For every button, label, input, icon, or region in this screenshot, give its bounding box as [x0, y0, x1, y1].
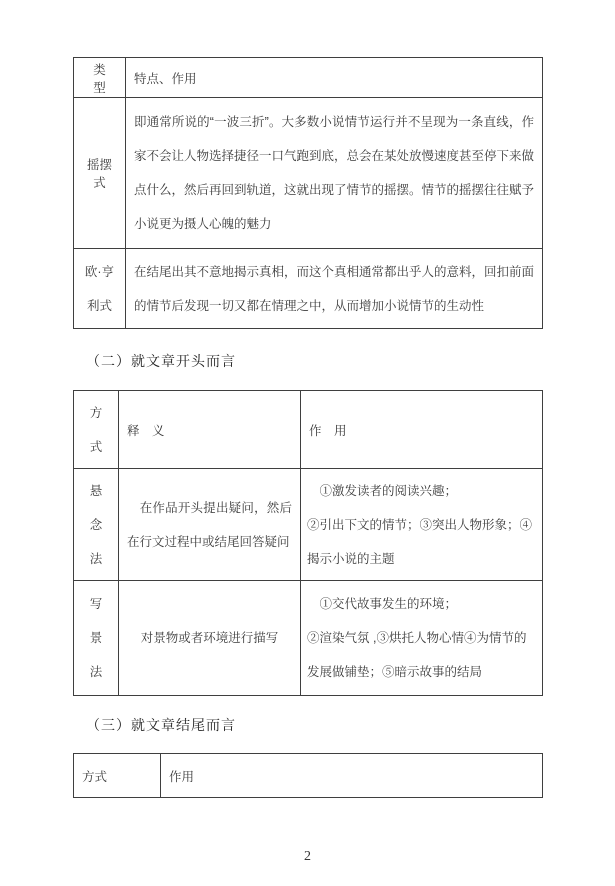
cell-ohenry-desc: 在结尾出其不意地揭示真相，而这个真相通常都出乎人的意料，回扣前面的情节后发现一切…: [126, 249, 543, 329]
cell-scenery-method: 写 景 法: [74, 581, 119, 696]
ending-methods-table: 方式 作用: [73, 753, 543, 798]
cell-swaying-type: 摇摆式: [74, 98, 126, 249]
plot-type-table: 类 型 特点、作用 摇摆式 即通常所说的“一波三折”。大多数小说情节运行并不呈现…: [73, 57, 543, 329]
page-number: 2: [0, 849, 615, 865]
table-row: 方式 作用: [74, 754, 543, 798]
section-heading-opening: （二）就文章开头而言: [86, 355, 236, 371]
cell-scenery-definition: 对景物或者环境进行描写: [119, 581, 301, 696]
opening-methods-table: 方 式 释 义 作 用 悬 念 法 在作品开头提出疑问，然后在行文过程中或结尾回…: [73, 390, 543, 696]
table-row: 摇摆式 即通常所说的“一波三折”。大多数小说情节运行并不呈现为一条直线，作家不会…: [74, 98, 543, 249]
cell-suspense-method: 悬 念 法: [74, 469, 119, 581]
header-cell-method: 方 式: [74, 391, 119, 469]
header-cell-ending-method: 方式: [74, 754, 161, 798]
cell-scenery-effect: ①交代故事发生的环境； ②渲染气氛 ,③烘托人物心情④为情节的发展做铺垫；⑤暗示…: [301, 581, 543, 696]
header-cell-effect: 作 用: [301, 391, 543, 469]
cell-suspense-effect: ①激发读者的阅读兴趣； ②引出下文的情节；③突出人物形象；④揭示小说的主题: [301, 469, 543, 581]
cell-suspense-definition: 在作品开头提出疑问，然后在行文过程中或结尾回答疑问: [119, 469, 301, 581]
cell-swaying-desc: 即通常所说的“一波三折”。大多数小说情节运行并不呈现为一条直线，作家不会让人物选…: [126, 98, 543, 249]
header-cell-definition: 释 义: [119, 391, 301, 469]
header-cell-features: 特点、作用: [126, 58, 543, 98]
table-row: 欧·亨 利式 在结尾出其不意地揭示真相，而这个真相通常都出乎人的意料，回扣前面的…: [74, 249, 543, 329]
document-page: 类 型 特点、作用 摇摆式 即通常所说的“一波三折”。大多数小说情节运行并不呈现…: [0, 0, 615, 886]
header-cell-ending-effect: 作用: [161, 754, 543, 798]
table-row: 方 式 释 义 作 用: [74, 391, 543, 469]
table-row: 悬 念 法 在作品开头提出疑问，然后在行文过程中或结尾回答疑问 ①激发读者的阅读…: [74, 469, 543, 581]
header-cell-type: 类 型: [74, 58, 126, 98]
table-row: 类 型 特点、作用: [74, 58, 543, 98]
cell-ohenry-type: 欧·亨 利式: [74, 249, 126, 329]
section-heading-ending: （三）就文章结尾而言: [86, 719, 236, 735]
table-row: 写 景 法 对景物或者环境进行描写 ①交代故事发生的环境； ②渲染气氛 ,③烘托…: [74, 581, 543, 696]
